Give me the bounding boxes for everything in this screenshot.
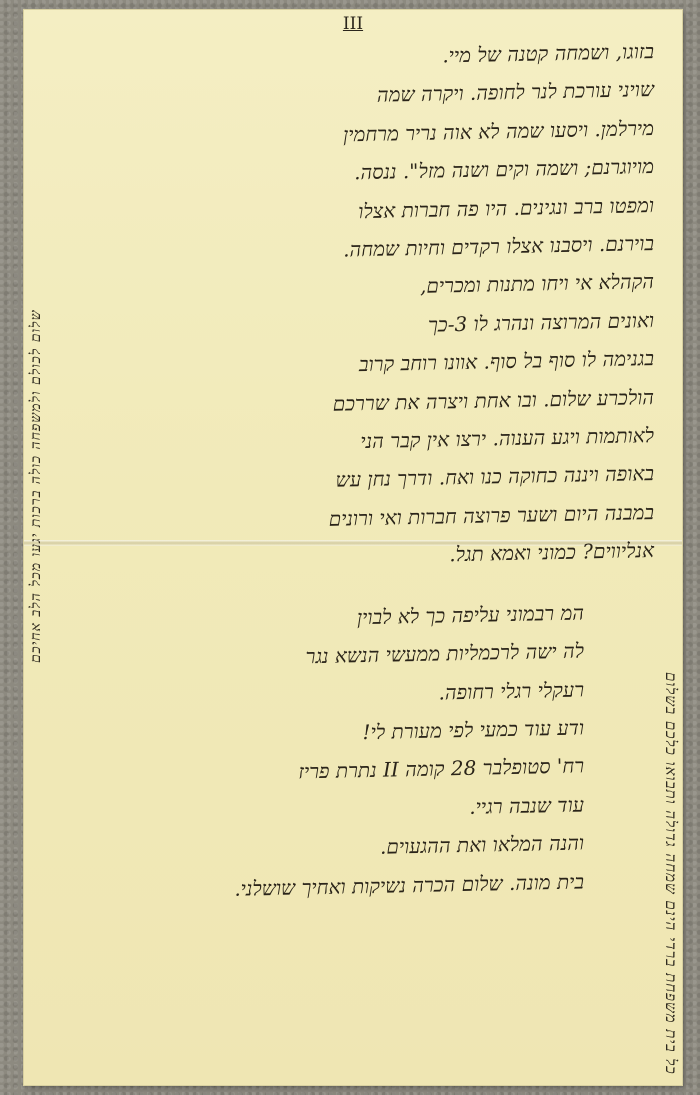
page-number: III	[24, 14, 682, 34]
closing-section: המ רבמוני עליפה כך לא לבוין לה ישה לרכמל…	[84, 592, 654, 899]
left-margin-note: שלום לכולם ולמשפחה כולה ברכות יגעו מכל ה…	[28, 310, 68, 1065]
letter-body: בזוגו, ושמחה קטנה של מיי. שויני עורכת לנ…	[84, 32, 654, 899]
right-margin-note: כל בית משפחת ברדי הינם שמחה גדולה ותבואו…	[654, 40, 680, 1075]
letter-sheet: III בזוגו, ושמחה קטנה של מיי. שויני עורכ…	[24, 10, 682, 1085]
